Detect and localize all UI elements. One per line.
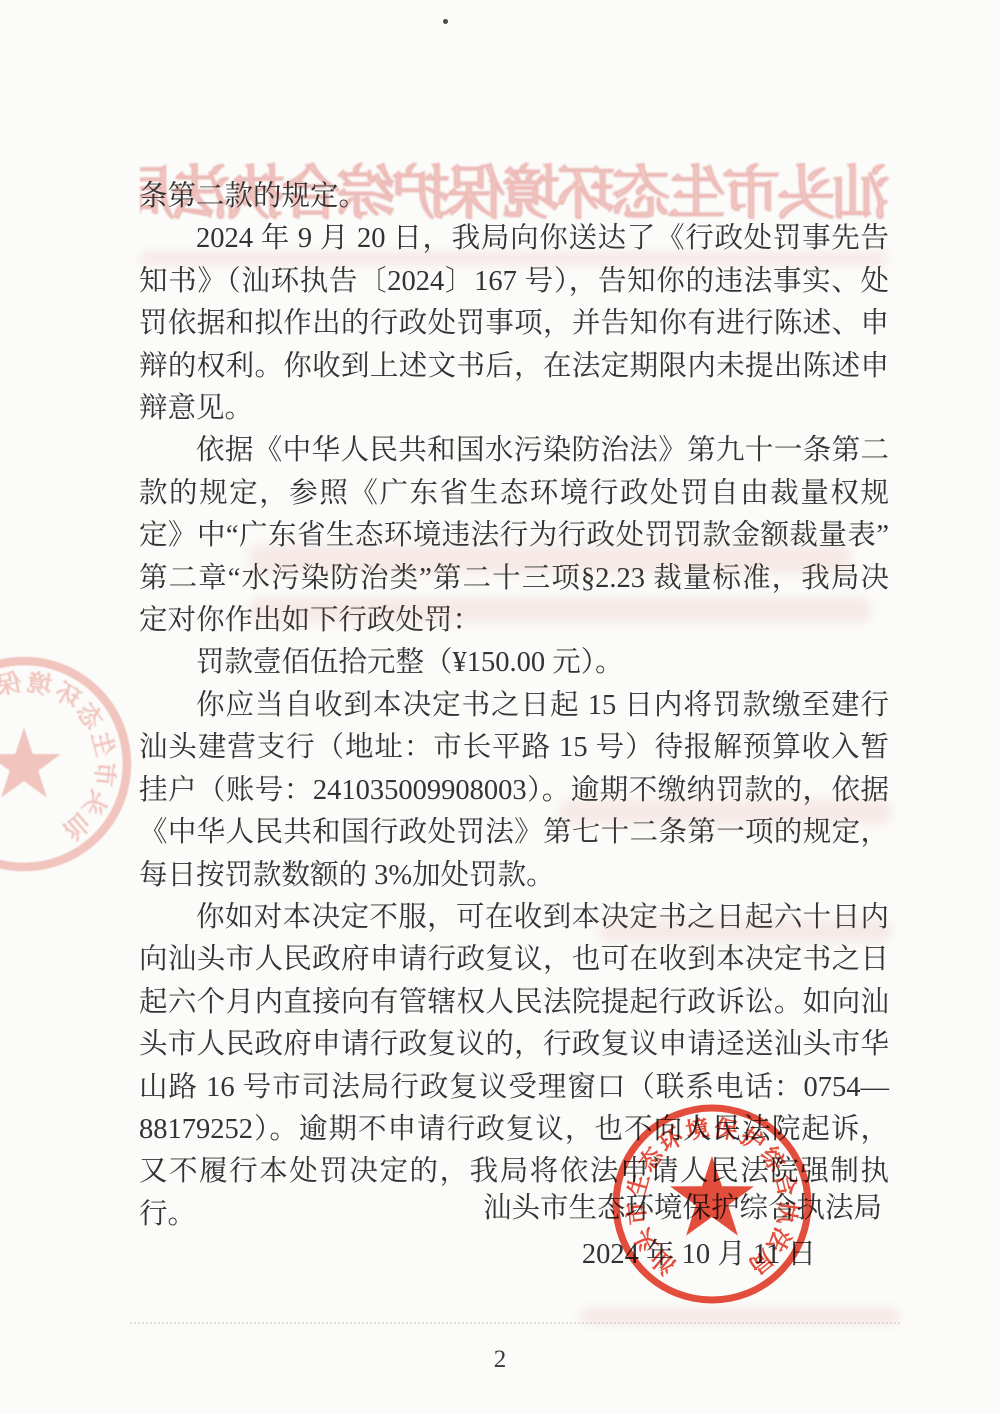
paragraph: 罚款壹佰伍拾元整（¥150.00 元）。 — [139, 642, 889, 684]
star-icon — [670, 1156, 754, 1236]
paragraph: 2024 年 9 月 20 日，我局向你送达了《行政处罚事先告知书》（汕环执告〔… — [139, 218, 889, 430]
paragraph: 条第二款的规定。 — [139, 176, 889, 218]
paragraph: 依据《中华人民共和国水污染防治法》第九十一条第二款的规定，参照《广东省生态环境行… — [139, 430, 889, 642]
official-seal: 汕头市生态环境保护综合执法局 — [602, 1094, 822, 1314]
scan-artifact-line — [130, 1322, 900, 1324]
document-body: 条第二款的规定。 2024 年 9 月 20 日，我局向你送达了《行政处罚事先告… — [139, 176, 889, 1236]
ink-speck — [443, 19, 448, 24]
star-icon — [0, 727, 61, 797]
scanned-document-page: 汕头市生态环境保护综合执法局 汕头市生态环境保护综合执法局 条第二款的规定。 2… — [0, 0, 1000, 1414]
bleed-through-seal: 汕头市生态环境保护综合执法局 — [0, 646, 142, 882]
paragraph: 你应当自收到本决定书之日起 15 日内将罚款缴至建行汕头建营支行（地址：市长平路… — [139, 685, 889, 897]
page-number: 2 — [0, 1346, 1000, 1374]
